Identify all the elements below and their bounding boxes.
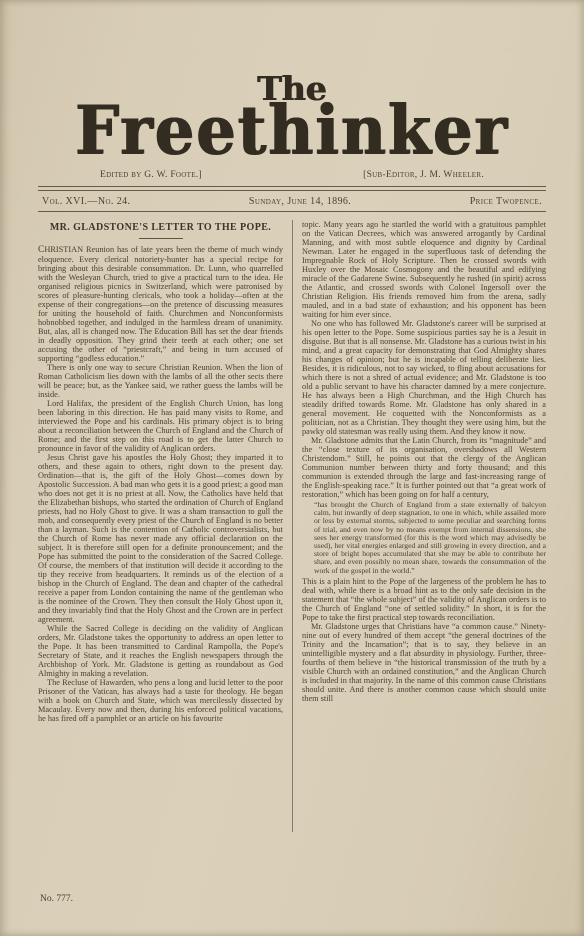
- editor-left-label: Edited by G. W. Foote.]: [100, 170, 202, 180]
- editor-right-label: [Sub-Editor, J. M. Wheeler.: [363, 170, 484, 180]
- paragraph: There is only one way to secure Christia…: [38, 363, 283, 399]
- paragraph: No one who has followed Mr. Gladstone's …: [302, 319, 546, 436]
- paragraph: Lord Halifax, the president of the Engli…: [38, 399, 283, 453]
- rule: [38, 211, 546, 212]
- newspaper-page: ··· ···· ··· ··· The Freethinker Edited …: [0, 0, 584, 936]
- article-column-right: topic. Many years ago he startled the wo…: [292, 220, 546, 832]
- paragraph: Jesus Christ gave his apostles the Holy …: [38, 453, 283, 624]
- article-title: MR. GLADSTONE'S LETTER TO THE POPE.: [38, 222, 283, 233]
- price-label: Price Twopence.: [470, 196, 542, 207]
- paragraph: The Recluse of Hawarden, who pens a long…: [38, 678, 283, 723]
- issue-info-line: Vol. XVI.—No. 24. Sunday, June 14, 1896.…: [38, 191, 546, 211]
- article-blockquote: “has brought the Church of England from …: [314, 501, 546, 575]
- paragraph: This is a plain hint to the Pope of the …: [302, 577, 546, 622]
- paragraph: Mr. Gladstone admits that the Latin Chur…: [302, 436, 546, 499]
- masthead-title: Freethinker: [38, 100, 546, 163]
- paragraph: While the Sacred College is deciding on …: [38, 624, 283, 678]
- paragraph: CHRISTIAN Reunion has of late years been…: [38, 245, 283, 363]
- volume-label: Vol. XVI.—No. 24.: [42, 196, 130, 207]
- title-rule: [139, 238, 183, 239]
- paragraph: topic. Many years ago he startled the wo…: [302, 220, 546, 319]
- article-body: MR. GLADSTONE'S LETTER TO THE POPE. CHRI…: [38, 220, 546, 832]
- issue-number: No. 777.: [40, 894, 73, 904]
- masthead: The Freethinker: [38, 0, 546, 160]
- article-column-left: MR. GLADSTONE'S LETTER TO THE POPE. CHRI…: [38, 220, 292, 832]
- paragraph: Mr. Gladstone urges that Christians have…: [302, 622, 546, 703]
- date-label: Sunday, June 14, 1896.: [249, 196, 351, 207]
